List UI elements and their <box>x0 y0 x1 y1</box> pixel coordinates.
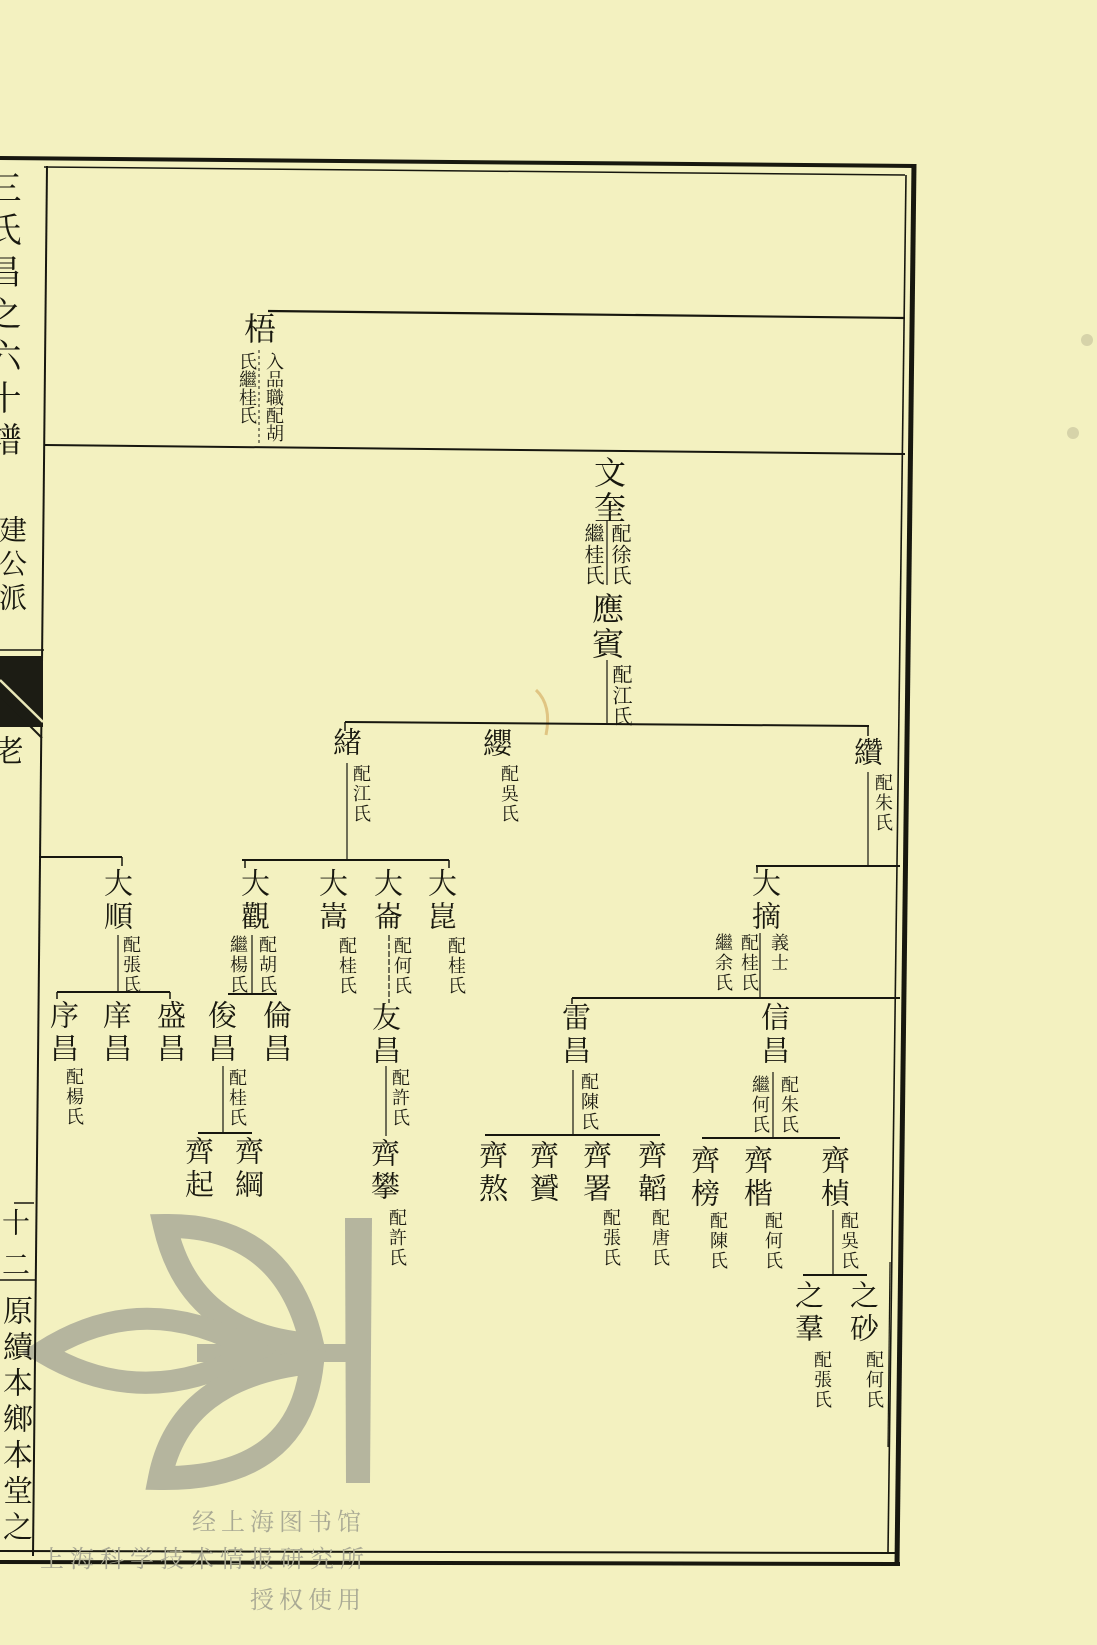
spouse-note: 配何氏 <box>392 936 410 996</box>
person-name: 大順 <box>102 868 131 934</box>
person-name: 友昌 <box>370 1002 399 1068</box>
person-name: 大崑 <box>426 868 455 934</box>
spouse-note: 配江氏 <box>351 764 369 824</box>
spouse-note: 繼桂氏 <box>583 523 603 586</box>
spouse-note: 配楊氏 <box>64 1067 82 1127</box>
person-name: 俊昌 <box>206 1000 235 1066</box>
person-note: 氏繼桂氏 <box>237 352 255 424</box>
spouse-note: 配江氏 <box>611 664 631 727</box>
person-name: 齊楨 <box>819 1145 848 1211</box>
person-name: 倫昌 <box>261 1000 290 1066</box>
spouse-note: 配陳氏 <box>708 1211 726 1271</box>
person-name: 雷昌 <box>560 1002 589 1068</box>
spouse-note: 配何氏 <box>763 1211 781 1271</box>
spouse-note: 配張氏 <box>121 935 139 995</box>
print-frame-and-lineage-lines <box>0 0 1097 1645</box>
person-name: 齊綱 <box>233 1136 262 1202</box>
person-name: 庠昌 <box>101 1000 130 1066</box>
person-name: 緒 <box>331 727 360 760</box>
spouse-note: 配許氏 <box>390 1068 408 1128</box>
spine-lower-fragment: 老 <box>0 735 22 775</box>
watermark-line-3: 授权使用 <box>250 1588 366 1612</box>
spouse-note: 繼楊氏 <box>228 935 246 995</box>
spine-page-number-text: 十二 <box>0 1208 28 1278</box>
spine-hall: 原續本鄉本堂之 <box>0 1295 32 1551</box>
spouse-note: 配張氏 <box>601 1208 619 1268</box>
spouse-note: 配吳氏 <box>499 764 517 824</box>
person-name: 大觀 <box>239 868 268 934</box>
spouse-note: 配唐氏 <box>650 1208 668 1268</box>
spine-hall-text: 原續本鄉本堂之 <box>0 1295 29 1547</box>
spouse-note: 配桂氏 <box>739 933 757 993</box>
spine-branch: 建公派 <box>0 515 30 625</box>
watermark-line-1: 经上海图书馆 <box>192 1510 366 1534</box>
spouse-note: 配朱氏 <box>779 1075 797 1135</box>
spine-title-text: 三氏昌之六十譜 <box>0 170 18 464</box>
person-name: 序昌 <box>48 1000 77 1066</box>
spouse-note: 配桂氏 <box>227 1068 245 1128</box>
person-name: 齊攀 <box>369 1138 398 1204</box>
spine-branch-text: 建公派 <box>0 515 25 617</box>
spouse-note: 配陳氏 <box>579 1072 597 1132</box>
person-name: 齊署 <box>581 1140 610 1206</box>
spouse-note: 配吳氏 <box>839 1211 857 1271</box>
person-name: 齊贇 <box>528 1140 557 1206</box>
person-name: 之羣 <box>793 1280 822 1346</box>
fish-tail-marker-icon <box>0 656 43 738</box>
watermark-logo-icon <box>42 1218 372 1483</box>
spine-title-fragment: 三氏昌之六十譜 <box>0 170 24 470</box>
person-name: 齊楷 <box>742 1145 771 1211</box>
spouse-note: 配胡氏 <box>257 935 275 995</box>
spouse-note: 配張氏 <box>812 1350 830 1410</box>
person-name: 信昌 <box>759 1002 788 1068</box>
spouse-note: 配徐氏 <box>610 523 630 586</box>
watermark-line-2: 上海科学技术情报研究所 <box>40 1547 370 1571</box>
spouse-note: 繼余氏 <box>713 933 731 993</box>
person-name: 齊榜 <box>689 1145 718 1211</box>
person-name: 齊熬 <box>477 1140 506 1206</box>
person-name: 大崙 <box>372 868 401 934</box>
person-name: 纘 <box>852 737 881 770</box>
spouse-note: 配許氏 <box>387 1208 405 1268</box>
person-name: 大嵩 <box>317 868 346 934</box>
person-name: 之砂 <box>848 1280 877 1346</box>
person-name: 梧 <box>242 312 274 347</box>
person-name: 齊韜 <box>636 1140 665 1206</box>
spouse-note: 配桂氏 <box>446 936 464 996</box>
person-name: 文奎 <box>592 456 624 526</box>
spine-page-number: 十二 <box>0 1208 32 1278</box>
spouse-note: 繼何氏 <box>750 1075 768 1135</box>
page-frame <box>0 158 915 1565</box>
person-name: 纓 <box>481 728 510 761</box>
spine-lower-text: 老 <box>0 735 20 765</box>
spouse-note: 配何氏 <box>864 1350 882 1410</box>
person-name: 齊起 <box>183 1136 212 1202</box>
title-note: 義士 <box>769 933 787 973</box>
spouse-note: 配朱氏 <box>873 773 891 833</box>
person-name: 大摘 <box>750 868 779 934</box>
person-name: 應賓 <box>590 592 622 662</box>
spouse-note: 配桂氏 <box>337 936 355 996</box>
person-note: 入品職配胡 <box>264 352 282 442</box>
person-name: 盛昌 <box>155 1000 184 1066</box>
